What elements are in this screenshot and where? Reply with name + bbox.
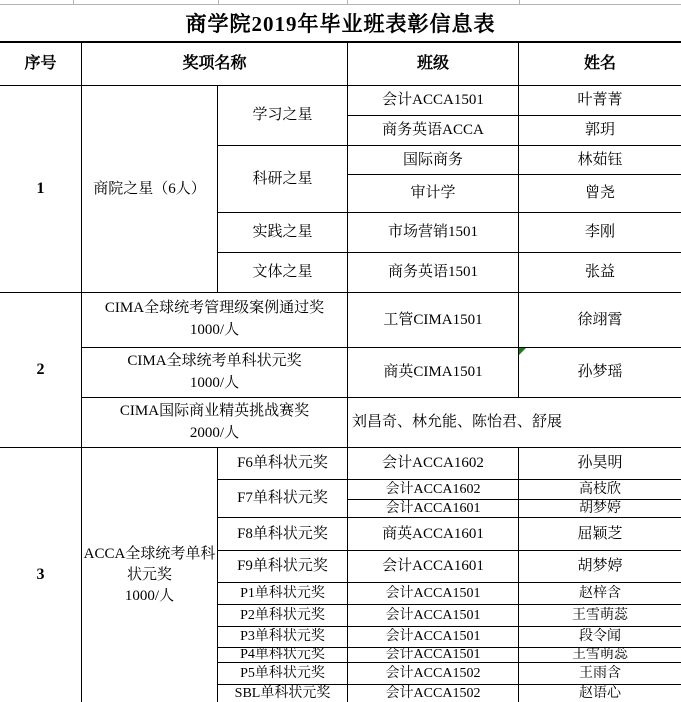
sub-award-cell[interactable]: P5单科状元奖: [218, 663, 348, 685]
class-cell[interactable]: 会计ACCA1601: [348, 551, 519, 583]
error-indicator-icon: [519, 348, 526, 355]
award-amount: 1000/人: [125, 586, 174, 607]
class-cell[interactable]: 市场营销1501: [348, 213, 519, 253]
gridline: [347, 0, 348, 4]
header-class[interactable]: 班级: [348, 43, 519, 86]
header-name[interactable]: 姓名: [519, 43, 681, 86]
class-cell[interactable]: 审计学: [348, 175, 519, 213]
group2-number-cell[interactable]: 2: [0, 293, 82, 448]
sub-award-cell[interactable]: P2单科状元奖: [218, 605, 348, 627]
award-title: CIMA国际商业精英挑战赛奖: [120, 401, 309, 423]
award-amount: 1000/人: [190, 320, 239, 342]
sub-award-cell[interactable]: 实践之星: [218, 213, 348, 253]
name-cell[interactable]: 李刚: [519, 213, 681, 253]
header-no[interactable]: 序号: [0, 43, 82, 86]
sub-award-cell[interactable]: F9单科状元奖: [218, 551, 348, 583]
name-cell[interactable]: 王雨含: [519, 663, 681, 685]
sheet-title[interactable]: 商学院2019年毕业班表彰信息表: [0, 5, 681, 43]
class-cell[interactable]: 会计ACCA1602: [348, 480, 519, 500]
class-cell[interactable]: 商务英语1501: [348, 253, 519, 293]
class-cell[interactable]: 商务英语ACCA: [348, 116, 519, 146]
group3-award-cell[interactable]: ACCA全球统考单科状元奖 1000/人: [82, 448, 218, 702]
class-cell[interactable]: 工管CIMA1501: [348, 293, 519, 348]
name-cell[interactable]: 孙梦瑶: [519, 348, 681, 398]
name-cell[interactable]: 王雪萌蕊: [519, 605, 681, 627]
name-cell[interactable]: 高枝欣: [519, 480, 681, 500]
group2-award-cell[interactable]: CIMA国际商业精英挑战赛奖 2000/人: [82, 398, 348, 448]
class-cell[interactable]: 会计ACCA1501: [348, 86, 519, 116]
award-title: CIMA全球统考单科状元奖: [127, 351, 301, 373]
name-cell[interactable]: 胡梦婷: [519, 500, 681, 518]
sub-award-cell[interactable]: 文体之星: [218, 253, 348, 293]
award-amount: 2000/人: [190, 423, 239, 445]
gridline: [73, 0, 74, 4]
sub-award-cell[interactable]: P3单科状元奖: [218, 627, 348, 648]
name-cell[interactable]: 胡梦婷: [519, 551, 681, 583]
group3-number-cell[interactable]: 3: [0, 448, 82, 702]
class-cell[interactable]: 会计ACCA1602: [348, 448, 519, 480]
name-cell[interactable]: 赵语心: [519, 685, 681, 702]
name-cell[interactable]: 张益: [519, 253, 681, 293]
award-amount: 1000/人: [190, 373, 239, 395]
name-text: 孙梦瑶: [577, 363, 622, 382]
gridline: [218, 0, 219, 4]
sub-award-cell[interactable]: 科研之星: [218, 146, 348, 213]
sub-award-cell[interactable]: P1单科状元奖: [218, 583, 348, 605]
award-title: ACCA全球统考单科状元奖: [82, 544, 218, 586]
name-cell[interactable]: 孙昊明: [519, 448, 681, 480]
sub-award-cell[interactable]: 学习之星: [218, 86, 348, 146]
group1-number-cell[interactable]: 1: [0, 86, 82, 293]
header-award-name[interactable]: 奖项名称: [82, 43, 348, 86]
name-cell[interactable]: 曾尧: [519, 175, 681, 213]
class-cell[interactable]: 会计ACCA1501: [348, 605, 519, 627]
class-cell[interactable]: 会计ACCA1501: [348, 583, 519, 605]
sub-award-cell[interactable]: P4单科状元奖: [218, 648, 348, 663]
group2-award-cell[interactable]: CIMA全球统考管理级案例通过奖 1000/人: [82, 293, 348, 348]
class-cell[interactable]: 会计ACCA1501: [348, 627, 519, 648]
class-cell[interactable]: 会计ACCA1601: [348, 500, 519, 518]
sub-award-cell[interactable]: F6单科状元奖: [218, 448, 348, 480]
sub-award-cell[interactable]: F8单科状元奖: [218, 518, 348, 551]
group1-award-cell[interactable]: 商院之星（6人）: [82, 86, 218, 293]
name-cell[interactable]: 郭玥: [519, 116, 681, 146]
winners-cell[interactable]: 刘昌奇、林允能、陈怡君、舒展: [348, 398, 681, 448]
group2-award-cell[interactable]: CIMA全球统考单科状元奖 1000/人: [82, 348, 348, 398]
class-cell[interactable]: 商英ACCA1601: [348, 518, 519, 551]
name-cell[interactable]: 段令闻: [519, 627, 681, 648]
name-cell[interactable]: 徐翊霄: [519, 293, 681, 348]
name-cell[interactable]: 林茹钰: [519, 146, 681, 175]
spreadsheet-view: 商学院2019年毕业班表彰信息表 序号 奖项名称 班级 姓名 1 商院之星（6人…: [0, 0, 681, 702]
class-cell[interactable]: 商英CIMA1501: [348, 348, 519, 398]
name-cell[interactable]: 屈颖芝: [519, 518, 681, 551]
class-cell[interactable]: 会计ACCA1502: [348, 685, 519, 702]
sub-award-cell[interactable]: F7单科状元奖: [218, 480, 348, 518]
gridline: [519, 0, 520, 4]
name-cell[interactable]: 赵梓含: [519, 583, 681, 605]
sub-award-cell[interactable]: SBL单科状元奖: [218, 685, 348, 702]
award-title: CIMA全球统考管理级案例通过奖: [105, 298, 324, 320]
name-cell[interactable]: 叶菁菁: [519, 86, 681, 116]
class-cell[interactable]: 国际商务: [348, 146, 519, 175]
name-cell[interactable]: 王雪萌蕊: [519, 648, 681, 663]
class-cell[interactable]: 会计ACCA1502: [348, 663, 519, 685]
class-cell[interactable]: 会计ACCA1501: [348, 648, 519, 663]
